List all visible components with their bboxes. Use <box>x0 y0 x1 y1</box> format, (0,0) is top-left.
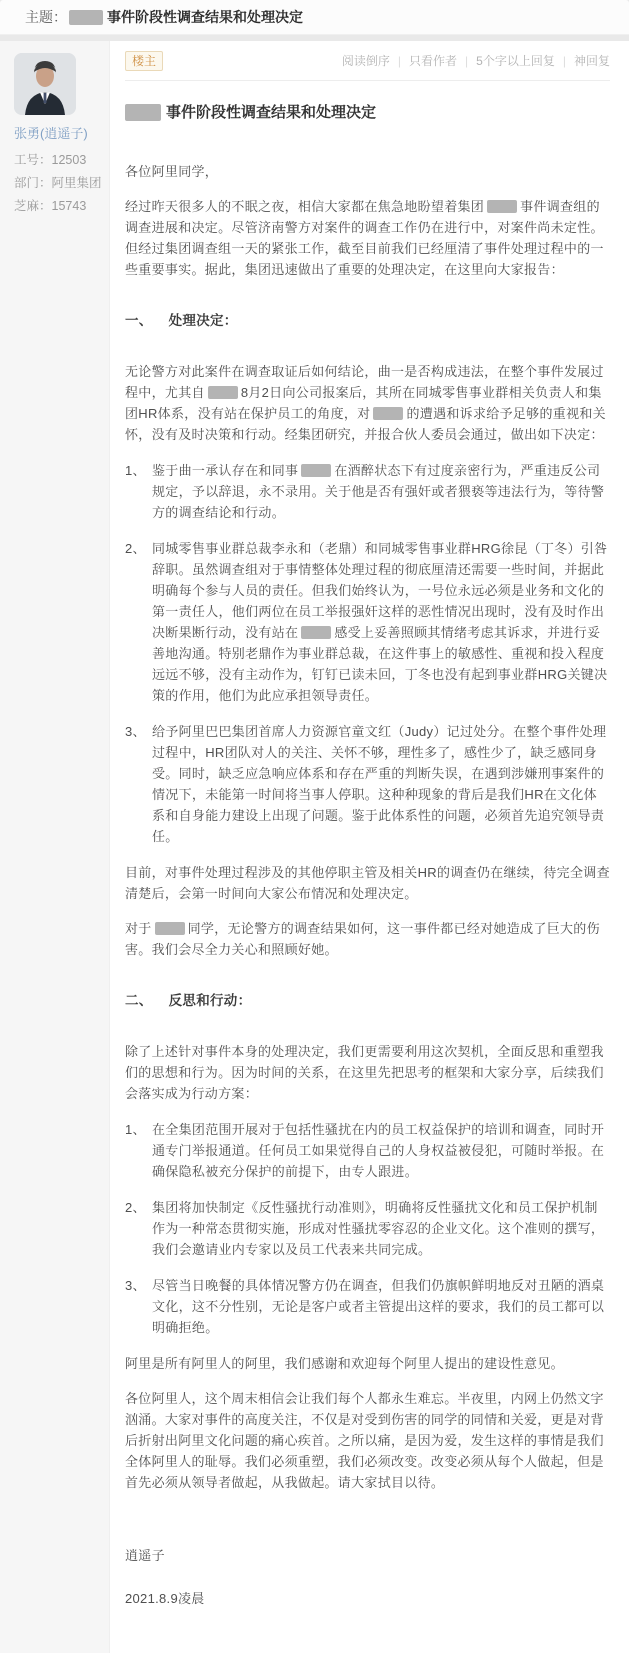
text-segment: 对于 <box>125 921 152 936</box>
topic-title: 事件阶段性调查结果和处理决定 <box>107 9 303 25</box>
redacted-text <box>301 626 331 639</box>
list-item-number: 1、 <box>125 1119 152 1182</box>
post-header: 楼主 阅读倒序|只看作者|5个字以上回复|神回复 <box>125 51 610 81</box>
list-item: 2、同城零售事业群总裁李永和（老鼎）和同城零售事业群HRG徐昆（丁冬）引咎辞职。… <box>125 538 610 706</box>
topic-bar: 主题：事件阶段性调查结果和处理决定 <box>0 0 629 35</box>
section-heading: 一、处理决定： <box>125 310 610 331</box>
text-segment: 逍遥子 <box>125 1548 165 1563</box>
section-number: 二、 <box>125 993 153 1008</box>
list-item: 3、给予阿里巴巴集团首席人力资源官童文红（Judy）记过处分。在整个事件处理过程… <box>125 721 610 847</box>
link-separator: | <box>398 54 401 68</box>
author-department: 部门：阿里集团 <box>14 172 109 195</box>
post-paragraph: 目前，对事件处理过程涉及的其他停职主管及相关HR的调查仍在继续，待完全调查清楚后… <box>125 862 610 904</box>
list-item-number: 1、 <box>125 460 152 523</box>
list-item-text: 尽管当日晚餐的具体情况警方仍在调查，但我们仍旗帜鲜明地反对丑陋的酒桌文化，这不分… <box>152 1275 610 1338</box>
avatar-photo <box>14 53 76 115</box>
original-poster-badge: 楼主 <box>125 51 163 71</box>
list-item-text: 同城零售事业群总裁李永和（老鼎）和同城零售事业群HRG徐昆（丁冬）引咎辞职。虽然… <box>152 538 610 706</box>
text-segment: 给予阿里巴巴集团首席人力资源官童文红（Judy）记过处分。在整个事件处理过程中，… <box>152 724 606 844</box>
list-item-text: 给予阿里巴巴集团首席人力资源官童文红（Judy）记过处分。在整个事件处理过程中，… <box>152 721 610 847</box>
post-paragraph: 对于同学，无论警方的调查结果如何，这一事件都已经对她造成了巨大的伤害。我们会尽全… <box>125 918 610 960</box>
redacted-text <box>301 464 331 477</box>
post-header-links: 阅读倒序|只看作者|5个字以上回复|神回复 <box>342 53 610 69</box>
avatar[interactable] <box>14 53 76 115</box>
post-paragraph: 除了上述针对事件本身的处理决定，我们更需要利用这次契机，全面反思和重塑我们的思想… <box>125 1041 610 1104</box>
list-item-number: 2、 <box>125 538 152 706</box>
text-segment: 阿里是所有阿里人的阿里，我们感谢和欢迎每个阿里人提出的建设性意见。 <box>125 1356 564 1371</box>
text-segment: 目前，对事件处理过程涉及的其他停职主管及相关HR的调查仍在继续，待完全调查清楚后… <box>125 865 610 901</box>
post-title: 事件阶段性调查结果和处理决定 <box>125 103 610 123</box>
text-segment: 尽管当日晚餐的具体情况警方仍在调查，但我们仍旗帜鲜明地反对丑陋的酒桌文化，这不分… <box>152 1278 604 1335</box>
post-main: 楼主 阅读倒序|只看作者|5个字以上回复|神回复 事件阶段性调查结果和处理决定 … <box>110 41 629 1653</box>
author-sesame-score: 芝麻：15743 <box>14 195 109 218</box>
list-item-text: 鉴于曲一承认存在和同事在酒醉状态下有过度亲密行为，严重违反公司规定，予以辞退，永… <box>152 460 610 523</box>
post-paragraph: 阿里是所有阿里人的阿里，我们感谢和欢迎每个阿里人提出的建设性意见。 <box>125 1353 610 1374</box>
section-title: 反思和行动： <box>169 993 252 1008</box>
header-link[interactable]: 只看作者 <box>409 54 457 68</box>
author-sidebar: 张勇(逍遥子) 工号：12503 部门：阿里集团 芝麻：15743 <box>0 41 110 1653</box>
text-segment: 集团将加快制定《反性骚扰行动准则》，明确将反性骚扰文化和员工保护机制作为一种常态… <box>152 1200 604 1257</box>
text-segment: 事件阶段性调查结果和处理决定 <box>166 104 376 121</box>
list-item-number: 2、 <box>125 1197 152 1260</box>
redacted-text <box>69 10 103 25</box>
link-separator: | <box>465 54 468 68</box>
post-paragraph: 各位阿里人，这个周末相信会让我们每个人都永生难忘。半夜里，内网上仍然文字汹涌。大… <box>125 1388 610 1493</box>
section-heading: 二、反思和行动： <box>125 990 610 1011</box>
list-item: 3、尽管当日晚餐的具体情况警方仍在调查，但我们仍旗帜鲜明地反对丑陋的酒桌文化，这… <box>125 1275 610 1338</box>
post-paragraph: 各位阿里同学， <box>125 161 610 182</box>
redacted-text <box>155 922 185 935</box>
header-link[interactable]: 阅读倒序 <box>342 54 390 68</box>
list-item: 1、在全集团范围开展对于包括性骚扰在内的员工权益保护的培训和调查，同时开通专门举… <box>125 1119 610 1182</box>
forum-page: 主题：事件阶段性调查结果和处理决定 张勇(逍遥子) 工号：12503 部门：阿里… <box>0 0 629 1653</box>
text-segment: 各位阿里同学， <box>125 164 218 179</box>
text-segment: 除了上述针对事件本身的处理决定，我们更需要利用这次契机，全面反思和重塑我们的思想… <box>125 1044 604 1101</box>
author-employee-id: 工号：12503 <box>14 149 109 172</box>
post-paragraph: 经过昨天很多人的不眠之夜，相信大家都在焦急地盼望着集团事件调查组的调查进展和决定… <box>125 196 610 280</box>
topic-label: 主题： <box>25 9 67 25</box>
list-item-text: 在全集团范围开展对于包括性骚扰在内的员工权益保护的培训和调查，同时开通专门举报通… <box>152 1119 610 1182</box>
text-segment: 2021.8.9凌晨 <box>125 1591 205 1606</box>
post-paragraph: 无论警方对此案件在调查取证后如何结论，曲一是否构成违法，在整个事件发展过程中，尤… <box>125 361 610 445</box>
text-segment: 在全集团范围开展对于包括性骚扰在内的员工权益保护的培训和调查，同时开通专门举报通… <box>152 1122 604 1179</box>
section-title: 处理决定： <box>169 313 238 328</box>
list-item: 2、集团将加快制定《反性骚扰行动准则》，明确将反性骚扰文化和员工保护机制作为一种… <box>125 1197 610 1260</box>
author-fields: 工号：12503 部门：阿里集团 芝麻：15743 <box>14 149 109 218</box>
redacted-text <box>487 200 517 213</box>
post-body: 各位阿里同学，经过昨天很多人的不眠之夜，相信大家都在焦急地盼望着集团事件调查组的… <box>125 161 610 1615</box>
author-name-link[interactable]: 张勇(逍遥子) <box>14 125 109 143</box>
redacted-text <box>125 104 161 121</box>
list-item-number: 3、 <box>125 1275 152 1338</box>
list-item-text: 集团将加快制定《反性骚扰行动准则》，明确将反性骚扰文化和员工保护机制作为一种常态… <box>152 1197 610 1260</box>
post-layout: 张勇(逍遥子) 工号：12503 部门：阿里集团 芝麻：15743 楼主 阅读倒… <box>0 41 629 1653</box>
text-segment: 各位阿里人，这个周末相信会让我们每个人都永生难忘。半夜里，内网上仍然文字汹涌。大… <box>125 1391 604 1490</box>
section-number: 一、 <box>125 313 153 328</box>
post-date: 2021.8.9凌晨 <box>125 1588 610 1615</box>
header-link[interactable]: 神回复 <box>574 54 610 68</box>
text-segment: 经过昨天很多人的不眠之夜，相信大家都在焦急地盼望着集团 <box>125 199 484 214</box>
text-segment: 同学，无论警方的调查结果如何，这一事件都已经对她造成了巨大的伤害。我们会尽全力关… <box>125 921 600 957</box>
link-separator: | <box>563 54 566 68</box>
list-item: 1、鉴于曲一承认存在和同事在酒醉状态下有过度亲密行为，严重违反公司规定，予以辞退… <box>125 460 610 523</box>
signature: 逍遥子 <box>125 1545 610 1566</box>
redacted-text <box>373 407 403 420</box>
header-link[interactable]: 5个字以上回复 <box>476 54 555 68</box>
redacted-text <box>208 386 238 399</box>
list-item-number: 3、 <box>125 721 152 847</box>
text-segment: 鉴于曲一承认存在和同事 <box>152 463 298 478</box>
